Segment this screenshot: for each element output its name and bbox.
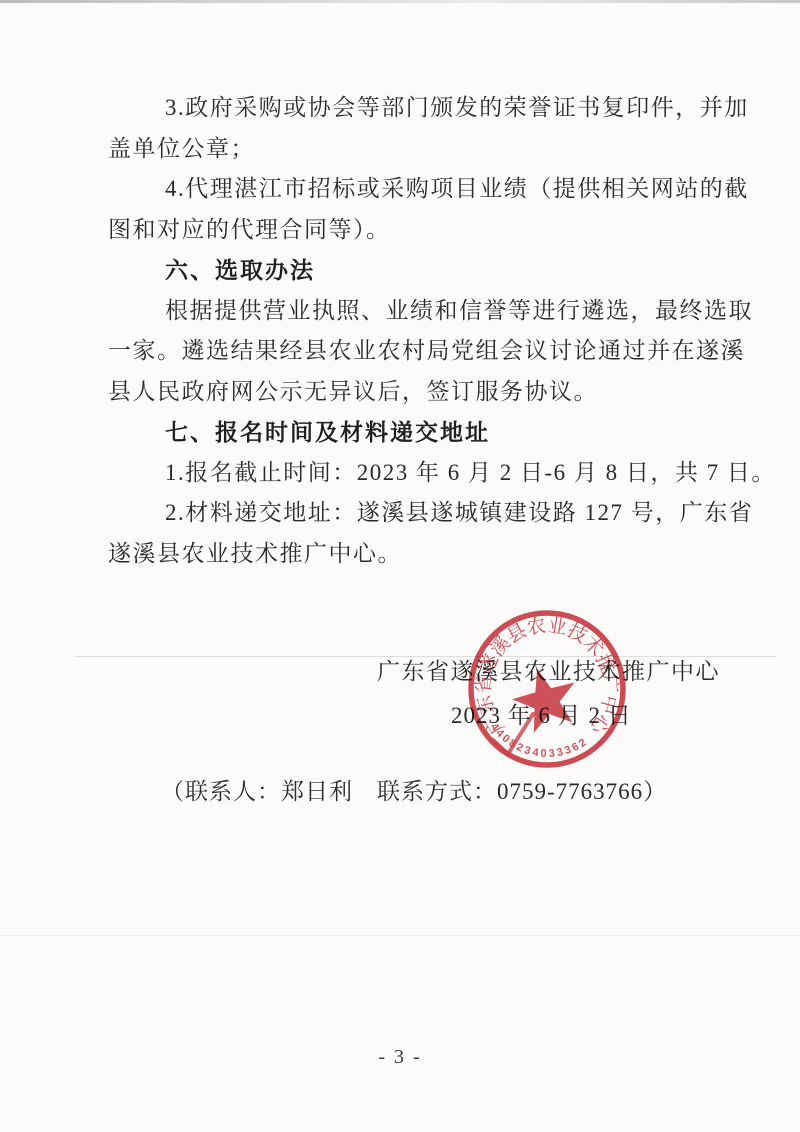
text-line: 遂溪县农业技术推广中心。 [108, 534, 694, 575]
contact-line: （联系人：郑日利 联系方式：0759-7763766） [161, 773, 667, 806]
official-seal: 广东省遂溪县农业技术推广中心 4408234033362 [447, 589, 647, 789]
seal-star-icon [512, 668, 575, 733]
text-line: 1.报名截止时间：2023 年 6 月 2 日-6 月 8 日，共 7 日。 [108, 453, 694, 494]
scan-artifact-line [0, 935, 800, 936]
document-body: 3.政府采购或协会等部门颁发的荣誉证书复印件，并加 盖单位公章； 4.代理湛江市… [108, 88, 694, 574]
text-line: 根据提供营业执照、业绩和信誉等进行遴选，最终选取 [108, 291, 694, 332]
section-heading-registration: 七、报名时间及材料递交地址 [108, 412, 694, 453]
scan-artifact-top-edge [0, 0, 800, 3]
text-line: 县人民政府网公示无异议后，签订服务协议。 [108, 372, 694, 413]
text-line: 图和对应的代理合同等）。 [108, 210, 694, 251]
text-line: 一家。遴选结果经县农业农村局党组会议讨论通过并在遂溪 [108, 331, 694, 372]
text-line: 4.代理湛江市招标或采购项目业绩（提供相关网站的截 [108, 169, 694, 210]
section-heading-selection-method: 六、选取办法 [108, 250, 694, 291]
text-line: 3.政府采购或协会等部门颁发的荣誉证书复印件，并加 [108, 88, 694, 129]
page-number: - 3 - [0, 1046, 800, 1069]
text-line: 2.材料递交地址：遂溪县遂城镇建设路 127 号，广东省 [108, 493, 694, 534]
text-line: 盖单位公章； [108, 129, 694, 170]
